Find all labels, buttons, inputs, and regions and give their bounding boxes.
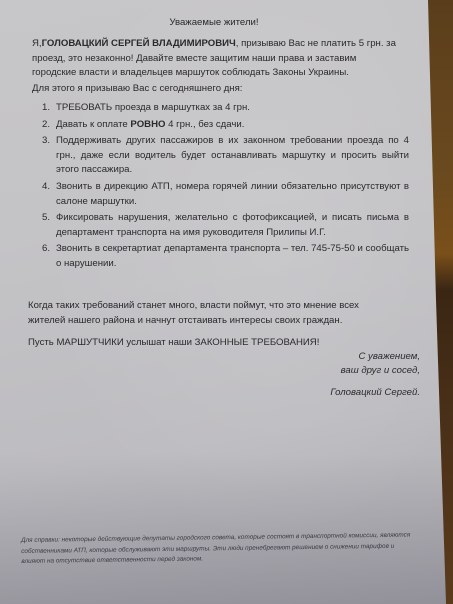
closing-paragraph: Когда таких требований станет много, вла… (28, 299, 398, 328)
signature-line: ваш друг и сосед, (341, 364, 420, 379)
list-item: 2.Давать к оплате РОВНО 4 грн., без сдач… (42, 118, 409, 133)
list-item: 1.ТРЕБОВАТЬ проезда в маршутках за 4 грн… (42, 101, 409, 116)
list-item: 5.Фиксировать нарушения, желательно с фо… (42, 211, 409, 240)
intro-paragraph: Я,ГОЛОВАЦКИЙ СЕРГЕЙ ВЛАДИМИРОВИЧ, призыв… (32, 37, 402, 81)
greeting-heading: Уважаемые жители! (0, 16, 428, 31)
footnote: Для справки: некоторые действующие депут… (21, 530, 416, 567)
list-item: 4.Звонить в дирекцию АТП, номера горячей… (42, 180, 409, 209)
item-number: 4. (42, 180, 50, 195)
item-text-post: 4 грн., без сдачи. (165, 119, 244, 130)
list-item: 3.Поддерживать других пассажиров в их за… (42, 134, 409, 178)
item-number: 2. (42, 118, 50, 133)
list-item: 6.Звонить в секретартиат департамента тр… (42, 242, 409, 271)
lead-text: Для этого я призываю Вас с сегодняшнего … (32, 82, 242, 97)
item-number: 6. (42, 242, 50, 257)
item-text-bold: РОВНО (130, 119, 165, 130)
closing-slogan: Пусть МАРШУТЧИКИ услышат наши ЗАКОННЫЕ Т… (28, 336, 319, 351)
item-text: Поддерживать других пассажиров в их зако… (56, 135, 409, 175)
item-text: Звонить в дирекцию АТП, номера горячей л… (56, 181, 409, 207)
demands-list: 1.ТРЕБОВАТЬ проезда в маршутках за 4 грн… (42, 101, 409, 274)
item-text-pre: Давать к оплате (56, 119, 130, 130)
item-number: 5. (42, 211, 50, 226)
item-text: ТРЕБОВАТЬ проезда в маршутках за 4 грн. (56, 102, 250, 113)
intro-prefix: Я, (32, 38, 42, 49)
item-number: 3. (42, 134, 50, 149)
item-text: Фиксировать нарушения, желательно с фото… (56, 212, 409, 238)
leaflet: Уважаемые жители! Я,ГОЛОВАЦКИЙ СЕРГЕЙ ВЛ… (0, 0, 453, 604)
author-name: ГОЛОВАЦКИЙ СЕРГЕЙ ВЛАДИМИРОВИЧ (42, 38, 236, 49)
signature-line: С уважением, (358, 350, 420, 365)
item-number: 1. (42, 101, 50, 116)
item-text: Звонить в секретартиат департамента тран… (56, 243, 409, 269)
signature-name: Головацкий Сергей. (330, 386, 420, 401)
